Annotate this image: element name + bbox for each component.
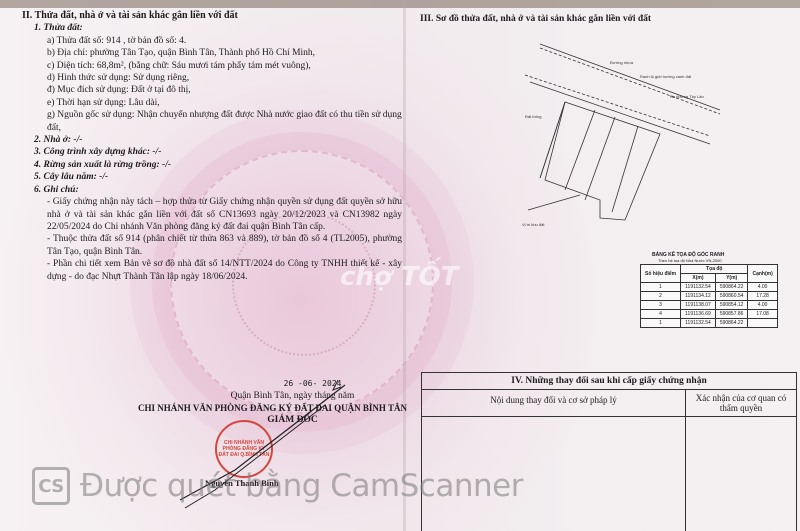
svg-text:Đường nhựa: Đường nhựa [610, 60, 634, 65]
coord-cell-edge: 17.08 [748, 310, 777, 319]
coord-cell-edge: 4.00 [748, 283, 777, 292]
coord-cell-point: 1 [641, 283, 681, 292]
coord-cell-edge: 4.00 [748, 301, 777, 310]
scan-edge [0, 0, 800, 8]
camscanner-watermark: CS Được quét bằng CamScanner [32, 467, 523, 505]
changes-table: IV. Những thay đổi sau khi cấp giấy chứn… [421, 372, 797, 531]
section4-title: IV. Những thay đổi sau khi cấp giấy chứn… [422, 373, 796, 390]
land-item: e) Thời hạn sử dụng: Lâu dài, [47, 97, 402, 109]
col-point: Số hiệu điểm [641, 265, 681, 283]
coord-cell-y: 590854.12 [715, 301, 748, 310]
coord-row: 11191132.54590864.224.00 [641, 283, 778, 292]
coordinate-table: Số hiệu điểm Tọa độ Cạnh(m) X(m) Y(m) 11… [640, 264, 778, 328]
land-item: d) Hình thức sử dụng: Sử dụng riêng, [47, 72, 402, 84]
land-item: đ) Mục đích sử dụng: Đất ở tại đô thị, [47, 84, 402, 96]
coord-cell-y: 590857.86 [715, 310, 748, 319]
coord-cell-x: 1191132.54 [681, 283, 716, 292]
chotot-watermark: chợ TỐT [340, 262, 458, 292]
changes-col-content: Nội dung thay đổi và cơ sở pháp lý [422, 390, 686, 416]
coord-table-subtitle: Theo hệ tọa độ Nhà Nước VN-2000 [658, 258, 722, 263]
coord-cell-y: 590860.54 [715, 292, 748, 301]
coord-cell-y: 590864.22 [715, 319, 748, 328]
coord-row: 31191138.07590854.124.00 [641, 301, 778, 310]
col-coords: Tọa độ [681, 265, 748, 274]
land-item: a) Thửa đất số: 914 , tờ bản đồ số: 4. [47, 35, 402, 47]
coord-cell-x: 1191138.07 [681, 301, 716, 310]
land-plot-diagram: Đất trống Đường nhựa Ra đường Tây Lân Ra… [520, 40, 760, 250]
coord-cell-point: 1 [641, 319, 681, 328]
coord-cell-point: 2 [641, 292, 681, 301]
coord-cell-edge: 17.28 [748, 292, 777, 301]
coord-cell-x: 1191134.12 [681, 292, 716, 301]
section2-title: II. Thửa đất, nhà ở và tài sản khác gắn … [22, 10, 402, 22]
coord-cell-y: 590864.22 [715, 283, 748, 292]
changes-col-confirmation: Xác nhận của cơ quan có thẩm quyền [686, 390, 796, 416]
land-item: g) Nguồn gốc sử dụng: Nhận chuyển nhượng… [47, 109, 402, 134]
other-construction-line: 3. Công trình xây dựng khác: -/- [34, 146, 402, 158]
section-land-info: II. Thửa đất, nhà ở và tài sản khác gắn … [22, 10, 402, 283]
watermark-text: Được quét bằng CamScanner [80, 468, 523, 504]
camscanner-logo-icon: CS [32, 467, 70, 505]
section3-title: III. Sơ đồ thửa đất, nhà ở và tài sản kh… [420, 14, 651, 24]
coord-cell-edge [748, 319, 777, 328]
coord-row: 11191132.54590864.22 [641, 319, 778, 328]
note-item: - Thuộc thửa đất số 914 (phân chiết từ t… [47, 233, 402, 258]
production-forest-line: 4. Rừng sản xuất là rừng trồng: -/- [34, 159, 402, 171]
coord-cell-x: 1191136.69 [681, 310, 716, 319]
coord-cell-point: 4 [641, 310, 681, 319]
coord-row: 41191136.69590857.8617.08 [641, 310, 778, 319]
notes-heading: 6. Ghi chú: [34, 184, 402, 196]
col-y: Y(m) [715, 274, 748, 283]
note-item: - Giấy chứng nhận này tách – hợp thửa từ… [47, 196, 402, 233]
land-heading: 1. Thửa đất: [34, 22, 402, 34]
land-item: b) Địa chỉ: phường Tân Tạo, quận Bình Tâ… [47, 47, 402, 59]
svg-text:Ranh lộ giới hướng canh đất: Ranh lộ giới hướng canh đất [640, 74, 692, 79]
svg-text:Đất trống: Đất trống [525, 114, 541, 119]
land-item: c) Diện tích: 68,8m², (bằng chữ: Sáu mươ… [47, 60, 402, 72]
coord-cell-point: 3 [641, 301, 681, 310]
svg-text:Ra đường Tây Lân: Ra đường Tây Lân [670, 94, 704, 99]
svg-text:Vị trí khu đất: Vị trí khu đất [522, 222, 545, 227]
coord-cell-x: 1191132.54 [681, 319, 716, 328]
col-x: X(m) [681, 274, 716, 283]
perennial-trees-line: 5. Cây lâu năm: -/- [34, 171, 402, 183]
col-edge: Cạnh(m) [748, 265, 777, 283]
coord-row: 21191134.12590860.5417.28 [641, 292, 778, 301]
house-line: 2. Nhà ở: -/- [34, 134, 402, 146]
